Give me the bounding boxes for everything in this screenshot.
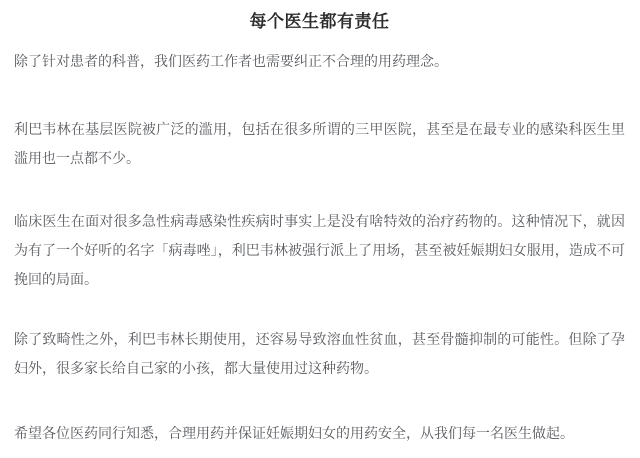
article-paragraph: 临床医生在面对很多急性病毒感染性疾病时事实上是没有啥特效的治疗药物的。这种情况下… [14, 207, 625, 294]
article-paragraph: 利巴韦林在基层医院被广泛的滥用，包括在很多所谓的三甲医院，甚至是在最专业的感染科… [14, 115, 625, 173]
article-title: 每个医生都有责任 [14, 12, 625, 32]
article-paragraph: 希望各位医药同行知悉，合理用药并保证妊娠期妇女的用药安全，从我们每一名医生做起。 [14, 419, 625, 448]
article-paragraph: 除了致畸性之外，利巴韦林长期使用，还容易导致溶血性贫血，甚至骨髓抑制的可能性。但… [14, 325, 625, 383]
article-page: 每个医生都有责任 除了针对患者的科普，我们医药工作者也需要纠正不合理的用药理念。… [0, 0, 640, 458]
article-paragraph: 除了针对患者的科普，我们医药工作者也需要纠正不合理的用药理念。 [14, 47, 625, 76]
